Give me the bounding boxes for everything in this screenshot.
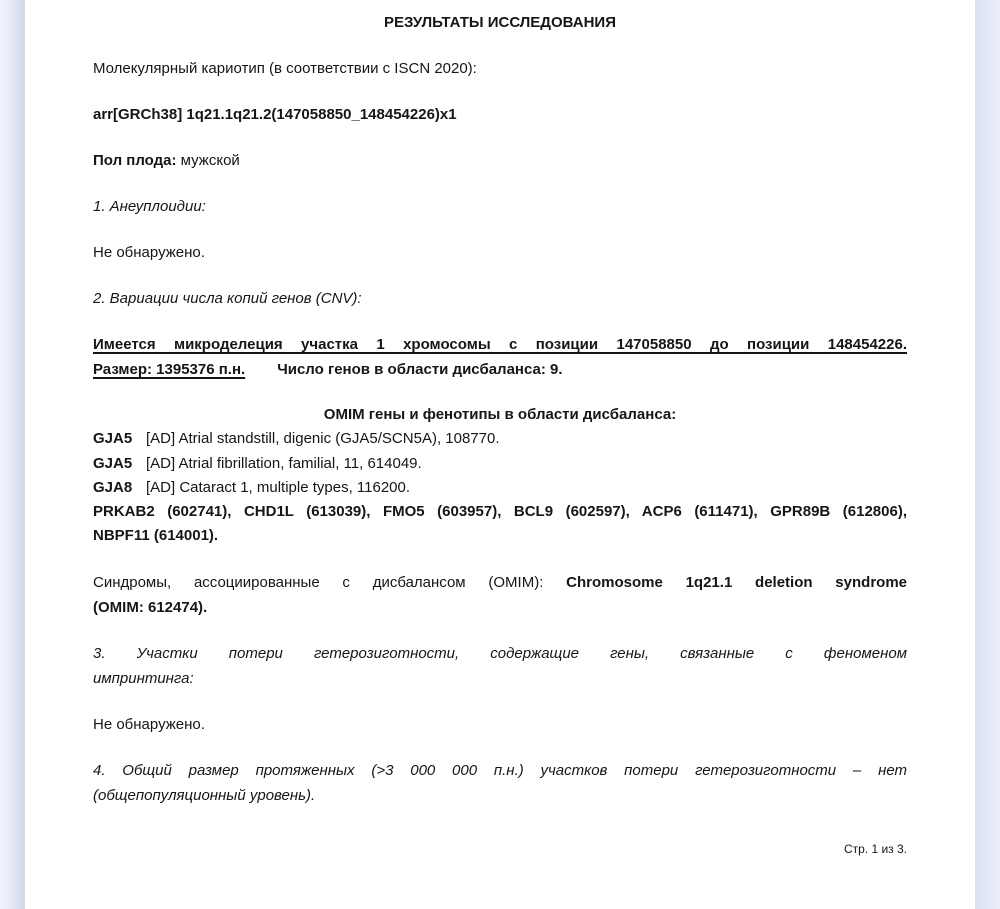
omim-other-genes-line2: NBPF11 (614001). xyxy=(93,524,907,548)
section-1-heading: 1. Анеуплоидии: xyxy=(93,194,907,219)
cnv-size: Размер: 1395376 п.н. xyxy=(93,361,245,378)
cnv-finding: Имеется микроделеция участка 1 хромосомы… xyxy=(93,332,907,382)
omim-gene-phenotype: [AD] Cataract 1, multiple types, 116200. xyxy=(146,479,410,496)
omim-gene-phenotype: [AD] Atrial standstill, digenic (GJA5/SC… xyxy=(146,430,500,447)
syndromes-label: Синдромы, ассоциированные с дисбалансом … xyxy=(93,574,543,591)
cnv-finding-line1: Имеется микроделеция участка 1 хромосомы… xyxy=(93,336,907,353)
syndromes-value-line2: (OMIM: 612474). xyxy=(93,595,907,620)
document-page: РЕЗУЛЬТАТЫ ИССЛЕДОВАНИЯ Молекулярный кар… xyxy=(25,0,975,909)
karyotype-value: arr[GRCh38] 1q21.1q21.2(147058850_148454… xyxy=(93,102,907,127)
section-2-heading: 2. Вариации числа копий генов (CNV): xyxy=(93,286,907,311)
omim-gene-phenotype: [AD] Atrial fibrillation, familial, 11, … xyxy=(146,455,422,472)
section-4-line1: 4. Общий размер протяженных (>3 000 000 … xyxy=(93,758,907,783)
section-4-line2: (общепопуляционный уровень). xyxy=(93,783,907,808)
page-left-margin-shadow xyxy=(0,0,25,909)
report-title: РЕЗУЛЬТАТЫ ИССЛЕДОВАНИЯ xyxy=(93,10,907,35)
omim-gene-symbol: GJA5 xyxy=(93,452,146,476)
karyotype-label: Молекулярный кариотип (в соответствии с … xyxy=(93,56,907,81)
omim-gene-symbol: GJA8 xyxy=(93,476,146,500)
omim-gene-symbol: GJA5 xyxy=(93,427,146,451)
omim-heading: OMIM гены и фенотипы в области дисбаланс… xyxy=(93,403,907,427)
omim-gene-row: GJA5[AD] Atrial fibrillation, familial, … xyxy=(93,452,907,476)
omim-other-genes-line1: PRKAB2 (602741), CHD1L (613039), FMO5 (6… xyxy=(93,500,907,524)
syndromes-value-line1: Chromosome 1q21.1 deletion syndrome xyxy=(566,574,907,591)
section-3-result: Не обнаружено. xyxy=(93,712,907,737)
section-3-heading-line2: импринтинга: xyxy=(93,666,907,691)
section-3-heading: 3. Участки потери гетерозиготности, соде… xyxy=(93,641,907,691)
fetal-sex-line: Пол плода: мужской xyxy=(93,148,907,173)
section-4-paragraph: 4. Общий размер протяженных (>3 000 000 … xyxy=(93,758,907,808)
omim-gene-row: GJA8[AD] Cataract 1, multiple types, 116… xyxy=(93,476,907,500)
syndromes-paragraph: Синдромы, ассоциированные с дисбалансом … xyxy=(93,570,907,620)
section-3-heading-line1: 3. Участки потери гетерозиготности, соде… xyxy=(93,641,907,666)
fetal-sex-label: Пол плода: xyxy=(93,152,176,169)
omim-section: OMIM гены и фенотипы в области дисбаланс… xyxy=(93,403,907,549)
page-right-margin-shadow xyxy=(975,0,1000,909)
fetal-sex-value: мужской xyxy=(181,152,240,169)
omim-gene-row: GJA5[AD] Atrial standstill, digenic (GJA… xyxy=(93,427,907,451)
section-1-result: Не обнаружено. xyxy=(93,240,907,265)
cnv-gene-count: Число генов в области дисбаланса: 9. xyxy=(277,361,562,378)
page-number: Стр. 1 из 3. xyxy=(93,841,907,857)
